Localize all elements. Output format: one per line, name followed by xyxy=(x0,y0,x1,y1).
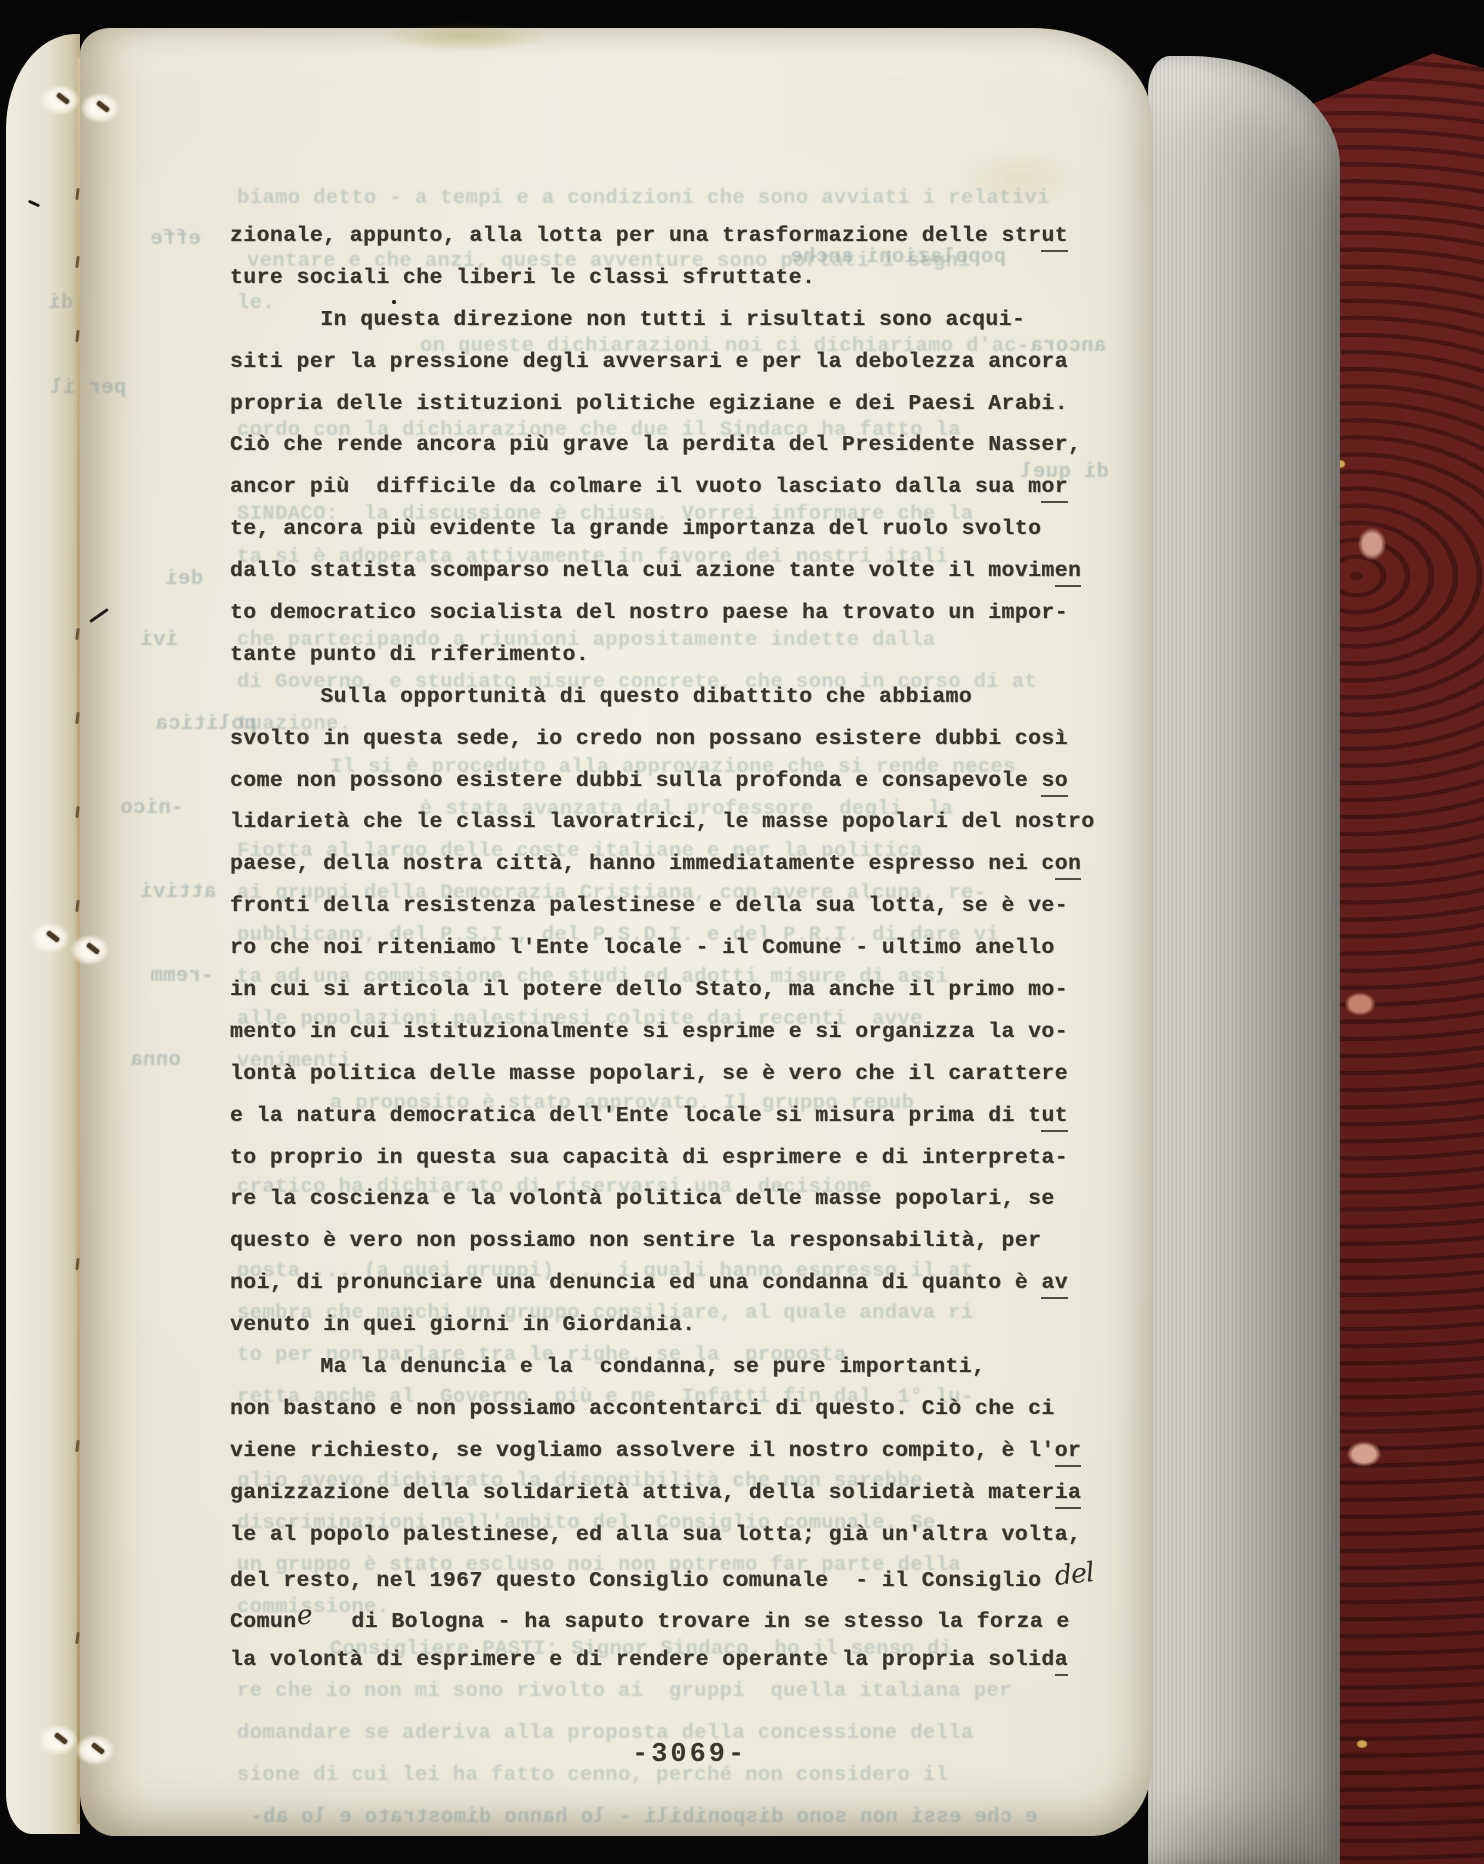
paper-speck xyxy=(392,300,396,304)
seam-thread-mark xyxy=(75,806,79,818)
seam-thread-mark xyxy=(75,256,79,268)
book-photo-scene: biamo detto - a tempi e a condizioni che… xyxy=(0,0,1484,1864)
seam-thread-mark xyxy=(75,628,79,640)
seam-thread-mark xyxy=(75,188,79,200)
seam-thread-mark xyxy=(75,1632,79,1644)
seam-thread-mark xyxy=(75,712,79,724)
binding-stitch xyxy=(63,929,117,971)
binding-marks-layer xyxy=(0,0,1484,1864)
paper-speck xyxy=(28,200,40,208)
seam-thread-mark xyxy=(75,1258,79,1270)
binding-stitch xyxy=(68,1729,122,1771)
seam-thread-mark xyxy=(75,900,79,912)
seam-thread-mark xyxy=(75,1440,79,1452)
binding-stitch xyxy=(73,87,127,129)
paper-speck xyxy=(89,608,109,623)
seam-thread-mark xyxy=(75,330,79,342)
